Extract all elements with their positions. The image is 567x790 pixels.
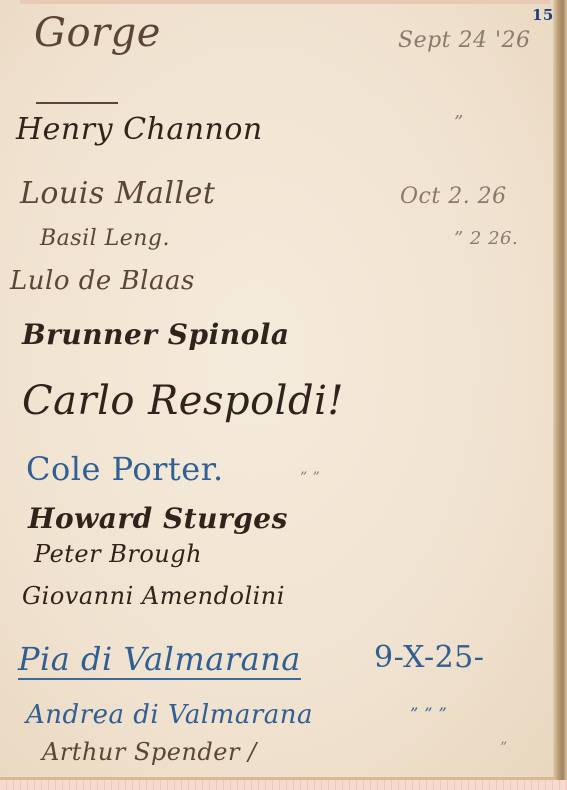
- date-cole-porter: ” ”: [300, 470, 320, 486]
- signature-basil-leng: Basil Leng.: [40, 226, 170, 251]
- date-andrea-di-valmarana: ” ” ”: [410, 704, 447, 723]
- header-initial-signature: Gorge: [34, 10, 161, 56]
- date-arthur-spender: ”: [500, 740, 508, 756]
- signature-brunner-spinola: Brunner Spinola: [22, 318, 290, 351]
- date-louis-mallet: Oct 2. 26: [400, 184, 507, 209]
- signature-giovanni-amendolini: Giovanni Amendolini: [22, 582, 285, 610]
- signature-lulo-de-blaas: Lulo de Blaas: [10, 266, 195, 296]
- signature-andrea-di-valmarana: Andrea di Valmarana: [26, 700, 313, 730]
- page-top-edge: [20, 0, 550, 4]
- grid-paper-strip: [0, 780, 567, 790]
- date-basil-leng: ” 2 26.: [454, 228, 518, 249]
- signature-howard-sturges: Howard Sturges: [28, 502, 288, 535]
- page-number: 15: [532, 6, 554, 24]
- signature-cole-porter: Cole Porter.: [26, 450, 224, 488]
- autograph-book-page: 15 Gorge Sept 24 '26 Henry Channon ” Lou…: [0, 0, 567, 790]
- signature-pia-di-valmarana: Pia di Valmarana: [18, 640, 301, 680]
- header-date: Sept 24 '26: [398, 28, 531, 53]
- signature-henry-channon: Henry Channon: [16, 112, 263, 147]
- signature-arthur-spender: Arthur Spender /: [42, 738, 257, 766]
- signature-peter-brough: Peter Brough: [34, 540, 202, 568]
- header-underline: [36, 102, 118, 104]
- signature-carlo-respoldi: Carlo Respoldi!: [22, 378, 344, 424]
- date-pia-di-valmarana: 9-X-25-: [374, 640, 484, 675]
- signature-louis-mallet: Louis Mallet: [20, 176, 215, 211]
- book-spine-edge: [553, 0, 567, 790]
- date-henry-channon: ”: [454, 112, 464, 133]
